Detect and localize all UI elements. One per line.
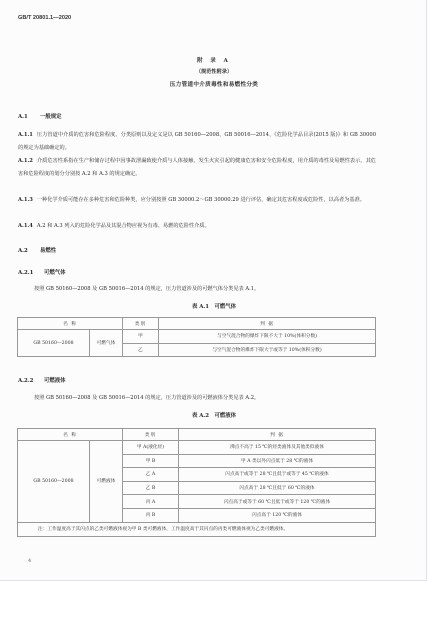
table-row: GB 50160—2008 可燃液体 甲 A(液化烃) 沸点不高于 15 ℃的烃… xyxy=(18,441,376,455)
table-header-row: 名 称 类别 判 据 xyxy=(18,318,376,330)
clause-a1-1: A.1.1压力管道中介质的危害和危险程度、分类原则以及定义是以 GB 50160… xyxy=(18,129,376,155)
table-a2: 名 称 类别 判 据 GB 50160—2008 可燃液体 甲 A(液化烃) 沸… xyxy=(17,428,376,537)
heading-text: 可燃气体 xyxy=(44,270,66,276)
cell-category: 丙 B xyxy=(123,508,179,522)
heading-number: A.2.1 xyxy=(18,270,44,276)
paragraph-a2-2: 按照 GB 50160—2008 及 GB 50016—2014 的规定，压力管… xyxy=(34,394,259,401)
document-page: GB/T 20801.1—2020 附 录 A （规范性附录） 压力管道中介质毒… xyxy=(0,0,427,581)
cell-criterion: 闪点高于或等于 60 ℃且低于或等于 120 ℃的液体 xyxy=(179,495,376,509)
paragraph-a2-1: 按照 GB 50160—2008 及 GB 50016—2014 的规定，压力管… xyxy=(34,285,259,292)
cell-category: 甲 xyxy=(123,330,159,344)
cell-category: 乙 xyxy=(123,343,159,357)
clause-text: A.2 和 A.3 列入的危险化学品及其混合物应视为有毒、易燃的危险性介质。 xyxy=(37,223,210,229)
heading-a2-2: A.2.2可燃液体 xyxy=(18,376,66,384)
heading-a2: A.2易燃性 xyxy=(18,246,56,254)
cell-category: 乙 A xyxy=(123,468,179,482)
cell-category: 丙 A xyxy=(123,495,179,509)
header-category: 类别 xyxy=(123,318,159,330)
table-header-row: 名 称 类别 判 据 xyxy=(18,429,376,441)
heading-text: 可燃液体 xyxy=(44,378,66,384)
table-a2-caption: 表 A.2 可燃液体 xyxy=(0,411,428,419)
cell-medium: 可燃气体 xyxy=(90,330,123,357)
heading-text: 一般规定 xyxy=(40,114,62,120)
clause-a1-2: A.1.2介质危害性系指在生产和储存过程中因事故泄漏致使介质与人体接触、发生火灾… xyxy=(18,155,376,181)
table-note-row: 注：工作温度高于其闪点的乙类可燃液体视为甲 B 类可燃液体，工作温度高于其闪点的… xyxy=(18,522,376,536)
clause-number: A.1.4 xyxy=(18,223,33,229)
clause-a1-4: A.1.4A.2 和 A.3 列入的危险化学品及其混合物应视为有毒、易燃的危险性… xyxy=(18,220,376,233)
standard-code: GB/T 20801.1—2020 xyxy=(18,15,71,21)
heading-number: A.2.2 xyxy=(18,378,44,384)
heading-a2-1: A.2.1可燃气体 xyxy=(18,268,66,276)
clause-text: 一种化学介质可能存在多种危害和危险种类，应分别按照 GB 30000.2～GB … xyxy=(37,197,365,203)
cell-criterion: 甲 A 类以外闪点低于 28 ℃的液体 xyxy=(179,454,376,468)
cell-criterion: 与空气混合物的爆炸下限不大于 10%(体积分数) xyxy=(159,330,376,344)
heading-text: 易燃性 xyxy=(40,248,56,254)
cell-category: 甲 A(液化烃) xyxy=(123,441,179,455)
appendix-type: （规范性附录） xyxy=(0,68,428,75)
clause-text: 介质危害性系指在生产和储存过程中因事故泄漏致使介质与人体接触、发生火灾引起的健康… xyxy=(18,158,376,177)
cell-source: GB 50160—2008 xyxy=(18,441,90,523)
cell-criterion: 沸点不高于 15 ℃的烃类液体及其他类似液体 xyxy=(179,441,376,455)
cell-category: 乙 B xyxy=(123,481,179,495)
appendix-name: 压力管道中介质毒性和易燃性分类 xyxy=(0,80,428,88)
table-a1: 名 称 类别 判 据 GB 50160—2008 可燃气体 甲 与空气混合物的爆… xyxy=(17,317,376,357)
cell-criterion: 闪点高于 28 ℃且低于 60 ℃的液体 xyxy=(179,481,376,495)
page-number: 4 xyxy=(28,558,31,564)
clause-number: A.1.1 xyxy=(18,132,33,138)
table-row: GB 50160—2008 可燃气体 甲 与空气混合物的爆炸下限不大于 10%(… xyxy=(18,330,376,344)
header-criterion: 判 据 xyxy=(159,318,376,330)
cell-source: GB 50160—2008 xyxy=(18,330,90,357)
cell-medium: 可燃液体 xyxy=(90,441,123,523)
header-name: 名 称 xyxy=(18,318,123,330)
cell-category: 甲 B xyxy=(123,454,179,468)
header-name: 名 称 xyxy=(18,429,123,441)
cell-criterion: 闪点高于或等于 28 ℃且低于或等于 45 ℃的液体 xyxy=(179,468,376,482)
table-a1-caption: 表 A.1 可燃气体 xyxy=(0,302,428,310)
table-note: 注：工作温度高于其闪点的乙类可燃液体视为甲 B 类可燃液体，工作温度高于其闪点的… xyxy=(18,522,376,536)
heading-a1: A.1一般规定 xyxy=(18,112,62,120)
cell-criterion: 闪点高于 120 ℃的液体 xyxy=(179,508,376,522)
clause-text: 压力管道中介质的危害和危险程度、分类原则以及定义是以 GB 50160—2008… xyxy=(18,132,376,151)
clause-number: A.1.3 xyxy=(18,197,33,203)
clause-number: A.1.2 xyxy=(18,158,33,164)
heading-number: A.2 xyxy=(18,248,40,254)
cell-criterion: 与空气混合物的爆炸下限大于或等于 10%(体积分数) xyxy=(159,343,376,357)
header-category: 类别 xyxy=(123,429,179,441)
heading-number: A.1 xyxy=(18,114,40,120)
appendix-title: 附 录 A xyxy=(0,56,428,64)
header-criterion: 判 据 xyxy=(179,429,376,441)
clause-a1-3: A.1.3一种化学介质可能存在多种危害和危险种类，应分别按照 GB 30000.… xyxy=(18,194,376,207)
